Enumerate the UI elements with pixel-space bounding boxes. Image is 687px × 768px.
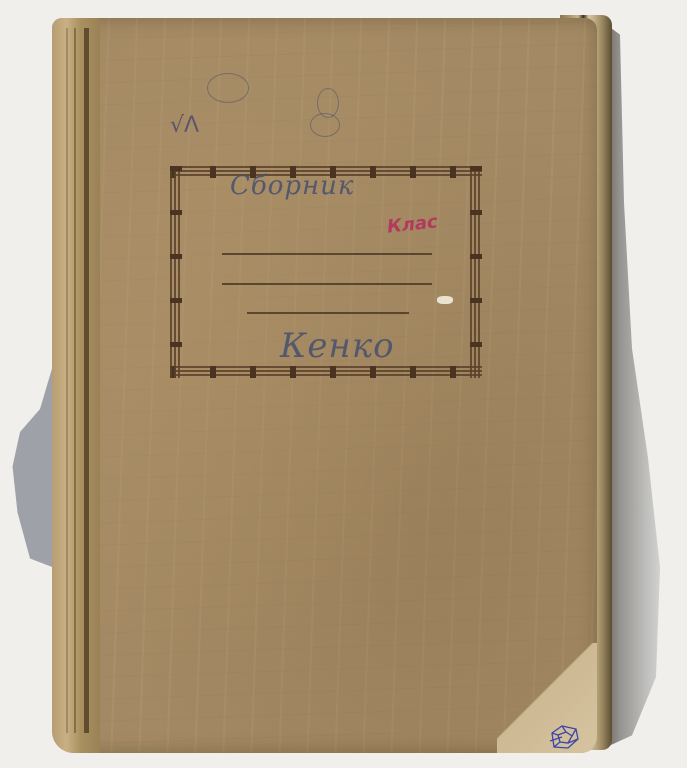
spine-line — [74, 28, 76, 733]
label-line-2 — [222, 283, 432, 285]
cube-doodle-icon — [548, 723, 580, 751]
notebook-cover: √Λ Сборник Клас Кенко — [52, 18, 597, 753]
frame-ornament-left — [170, 166, 182, 378]
tick-mark: √Λ — [170, 113, 199, 138]
right-shadow — [600, 20, 680, 750]
cover-spine — [52, 18, 100, 753]
spine-line — [66, 28, 68, 733]
label-line-3 — [247, 312, 409, 314]
worn-corner — [497, 643, 597, 753]
notebook-photo: √Λ Сборник Клас Кенко — [0, 0, 687, 768]
doodle-figure-body — [310, 113, 340, 137]
handwritten-signature: Кенко — [280, 326, 395, 366]
frame-ornament-bottom — [170, 366, 482, 378]
spine-line — [84, 28, 89, 733]
paper-scuff — [437, 296, 453, 304]
handwritten-title: Сборник — [230, 171, 354, 201]
label-line-1 — [222, 253, 432, 255]
frame-ornament-right — [470, 166, 482, 378]
doodle-sketch — [207, 73, 249, 103]
